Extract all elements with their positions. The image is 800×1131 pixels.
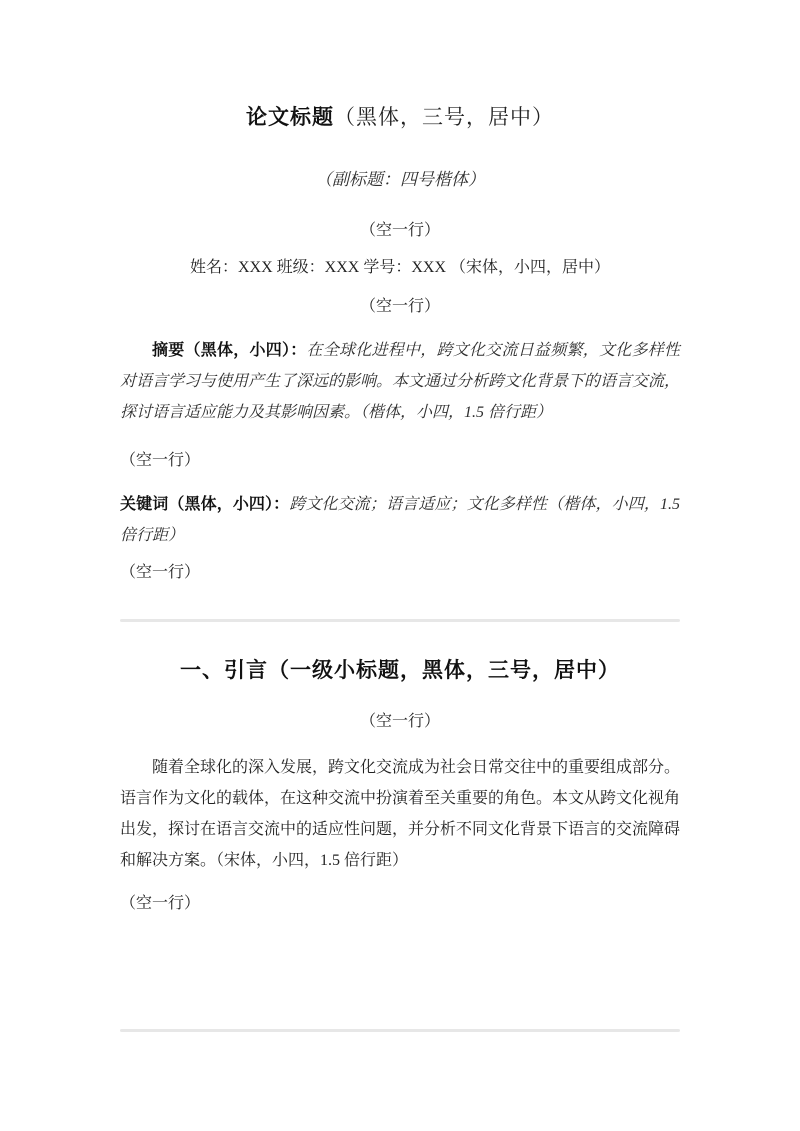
page-bottom-divider-line — [120, 1029, 680, 1032]
section-body-paragraph: 随着全球化的深入发展，跨文化交流成为社会日常交往中的重要组成部分。语言作为文化的… — [120, 752, 680, 876]
paper-subtitle: （副标题：四号楷体） — [120, 169, 680, 190]
keywords-label: 关键词（黑体，小四）： — [120, 496, 289, 513]
blank-line-marker: （空一行） — [120, 893, 680, 914]
blank-line-marker: （空一行） — [120, 711, 680, 732]
author-line: 姓名：XXX 班级：XXX 学号：XXX （宋体，小四，居中） — [120, 257, 680, 278]
paper-title: 论文标题（黑体，三号，居中） — [120, 102, 680, 133]
abstract-paragraph: 摘要（黑体，小四）：在全球化进程中，跨文化交流日益频繁，文化多样性对语言学习与使… — [120, 335, 680, 428]
blank-line-marker: （空一行） — [120, 296, 680, 317]
section-divider-line — [120, 619, 680, 622]
blank-line-marker: （空一行） — [120, 220, 680, 241]
paper-title-text: 论文标题 — [246, 106, 334, 129]
paper-title-format-note: （黑体，三号，居中） — [334, 105, 554, 129]
abstract-label: 摘要（黑体，小四）： — [152, 342, 307, 359]
blank-line-marker: （空一行） — [120, 450, 680, 471]
section-heading: 一、引言（一级小标题，黑体，三号，居中） — [120, 656, 680, 686]
document-page: 论文标题（黑体，三号，居中） （副标题：四号楷体） （空一行） 姓名：XXX 班… — [0, 0, 800, 1131]
keywords-paragraph: 关键词（黑体，小四）：跨文化交流；语言适应；文化多样性（楷体，小四，1.5 倍行… — [120, 489, 680, 551]
blank-line-marker: （空一行） — [120, 562, 680, 583]
